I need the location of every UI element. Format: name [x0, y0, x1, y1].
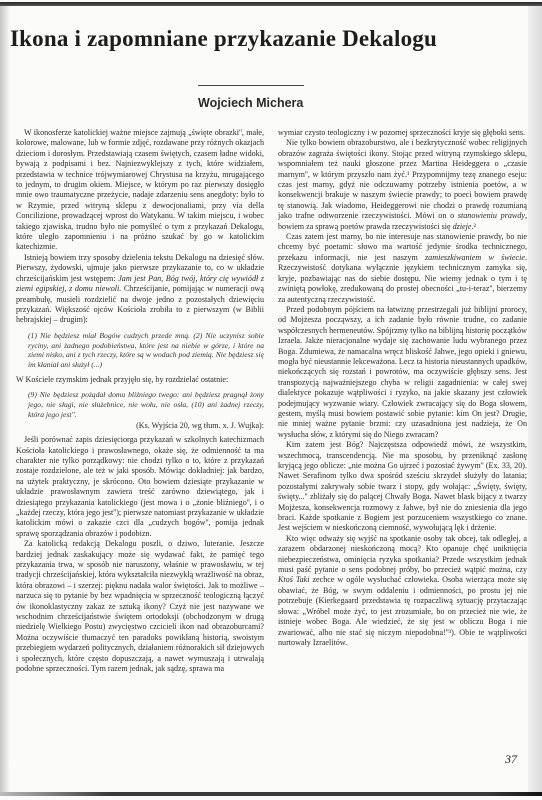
page-binding-shadow — [0, 6, 10, 792]
left-column: W ikonosferze katolickiej ważne miejsce … — [16, 128, 264, 674]
paragraph: Czas zatem jest marny, bo nie interesuje… — [278, 232, 527, 305]
page-right-edge — [528, 6, 542, 792]
paragraph: Za katolicką redakcją Dekalogu poszli, o… — [16, 539, 264, 674]
paragraph: Kto więc odważy się wyjść na spotkanie o… — [278, 534, 527, 648]
paragraph: Jeśli porównać zapis dziesięciorga przyk… — [16, 435, 264, 539]
page-number: 37 — [505, 752, 517, 767]
block-quote: (1) Nie będziesz miał Bogów cudzych prze… — [28, 331, 264, 370]
title-divider — [198, 85, 304, 86]
article-title: Ikona i zapomniane przykazanie Dekalogu — [10, 26, 480, 52]
right-column: wymiar czysto teologiczny i w pozornej s… — [278, 128, 527, 648]
paragraph: Istnieją bowiem trzy sposoby dzielenia t… — [16, 253, 264, 326]
page-top-edge — [0, 2, 542, 6]
paragraph: wymiar czysto teologiczny i w pozornej s… — [278, 128, 527, 138]
paragraph: Kim zatem jest Bóg? Najczęstsza odpowied… — [278, 440, 527, 534]
block-quote: (9) Nie będziesz pożądał domu bliźniego … — [28, 390, 264, 419]
paragraph: Nie tylko bowiem obrazoburstwo, ale i be… — [278, 138, 527, 232]
document-page: Ikona i zapomniane przykazanie Dekalogu … — [0, 0, 542, 800]
paragraph: Przed podobnym pójściem na łatwiznę prze… — [278, 305, 527, 440]
paragraph: W ikonosferze katolickiej ważne miejsce … — [16, 128, 264, 253]
quote-source: (Ks. Wyjścia 20, wg tłum. x. J. Wujka): — [16, 421, 264, 431]
page-bottom-edge — [0, 792, 542, 796]
paragraph: W Kościele rzymskim jednak przyjęło się,… — [16, 375, 264, 385]
article-author: Wojciech Michera — [198, 96, 303, 110]
